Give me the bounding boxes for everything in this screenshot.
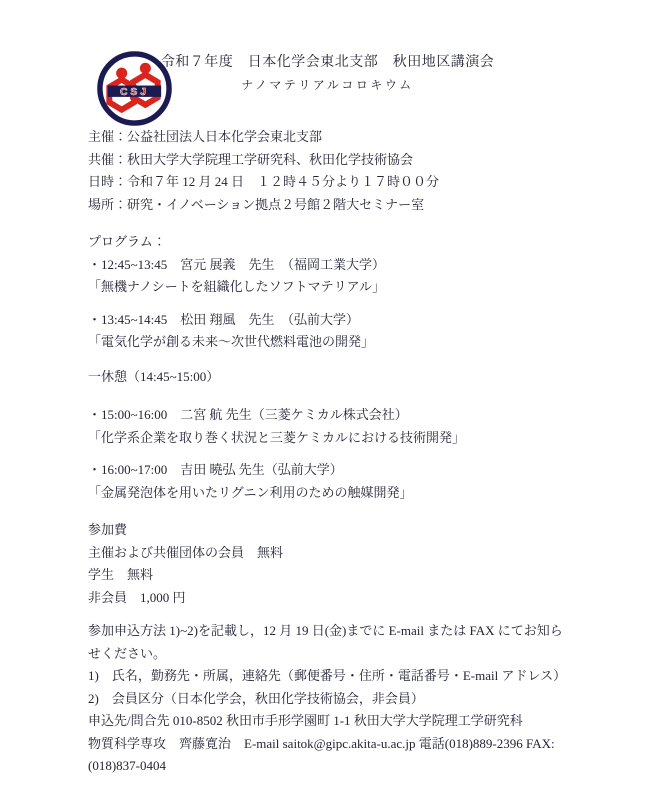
event-flyer-page: CSJ 令和７年度 日本化学会東北支部 秋田地区講演会 ナノマテリアルコロキウム… [0, 0, 650, 807]
program-item-4-title: 「金属発泡体を用いたリグニン利用のための触媒開発」 [88, 482, 567, 505]
header: 令和７年度 日本化学会東北支部 秋田地区講演会 ナノマテリアルコロキウム [88, 52, 567, 95]
page-subtitle: ナノマテリアルコロキウム [88, 75, 567, 95]
program-item-1: ・12:45~13:45 宮元 展義 先生 （福岡工業大学） 「無機ナノシートを… [88, 254, 567, 299]
page-title: 令和７年度 日本化学会東北支部 秋田地区講演会 [88, 52, 567, 73]
program-item-1-header: ・12:45~13:45 宮元 展義 先生 （福岡工業大学） [88, 254, 567, 277]
program-item-2: ・13:45~14:45 松田 翔風 先生 （弘前大学） 「電気化学が創る未来～… [88, 309, 567, 354]
program-item-1-title: 「無機ナノシートを組織化したソフトマテリアル」 [88, 276, 567, 299]
program-item-2-title: 「電気化学が創る未来～次世代燃料電池の開発」 [88, 331, 567, 354]
application-section: 参加申込方法 1)~2)を記載し，12 月 19 日(金)までに E-mail … [88, 620, 567, 778]
application-item-2: 2) 会員区分（日本化学会，秋田化学技術協会，非会員） [88, 688, 567, 711]
program-item-4: ・16:00~17:00 吉田 曉弘 先生（弘前大学） 「金属発泡体を用いたリグ… [88, 459, 567, 504]
organizer-line: 主催：公益社団法人日本化学会東北支部 [88, 126, 567, 149]
application-item-1: 1) 氏名，勤務先・所属，連絡先（郵便番号・住所・電話番号・E-mail アドレ… [88, 665, 567, 688]
application-intro: 参加申込方法 1)~2)を記載し，12 月 19 日(金)までに E-mail … [88, 620, 567, 665]
contact-address-line: 申込先/問合先 010-8502 秋田市手形学園町 1-1 秋田大学大学院理工学… [88, 710, 567, 733]
program-item-3-header: ・15:00~16:00 二宮 航 先生（三菱ケミカル株式会社） [88, 404, 567, 427]
datetime-line: 日時：令和７年 12 月 24 日 １２時４５分より１７時００分 [88, 171, 567, 194]
flyer-body: 主催：公益社団法人日本化学会東北支部 共催：秋田大学大学院理工学研究科、秋田化学… [88, 126, 567, 778]
break-line: 一休憩（14:45~15:00） [88, 366, 567, 389]
fee-student-line: 学生 無料 [88, 564, 567, 587]
program-heading: プログラム： [88, 231, 567, 254]
venue-line: 場所：研究・イノベーション拠点２号館２階大セミナー室 [88, 194, 567, 217]
fee-heading: 参加費 [88, 519, 567, 542]
fee-section: 参加費 主催および共催団体の会員 無料 学生 無料 非会員 1,000 円 [88, 519, 567, 609]
program-item-3: ・15:00~16:00 二宮 航 先生（三菱ケミカル株式会社） 「化学系企業を… [88, 404, 567, 449]
program-item-4-header: ・16:00~17:00 吉田 曉弘 先生（弘前大学） [88, 459, 567, 482]
program-item-3-title: 「化学系企業を取り巻く状況と三菱ケミカルにおける技術開発」 [88, 427, 567, 450]
program-section: プログラム： ・12:45~13:45 宮元 展義 先生 （福岡工業大学） 「無… [88, 231, 567, 504]
program-item-2-header: ・13:45~14:45 松田 翔風 先生 （弘前大学） [88, 309, 567, 332]
fee-nonmember-line: 非会員 1,000 円 [88, 587, 567, 610]
event-meta: 主催：公益社団法人日本化学会東北支部 共催：秋田大学大学院理工学研究科、秋田化学… [88, 126, 567, 216]
contact-detail-line: 物質科学専攻 齊藤寛治 E-mail saitok@gipc.akita-u.a… [88, 733, 567, 778]
fee-member-line: 主催および共催団体の会員 無料 [88, 542, 567, 565]
cosponsor-line: 共催：秋田大学大学院理工学研究科、秋田化学技術協会 [88, 149, 567, 172]
